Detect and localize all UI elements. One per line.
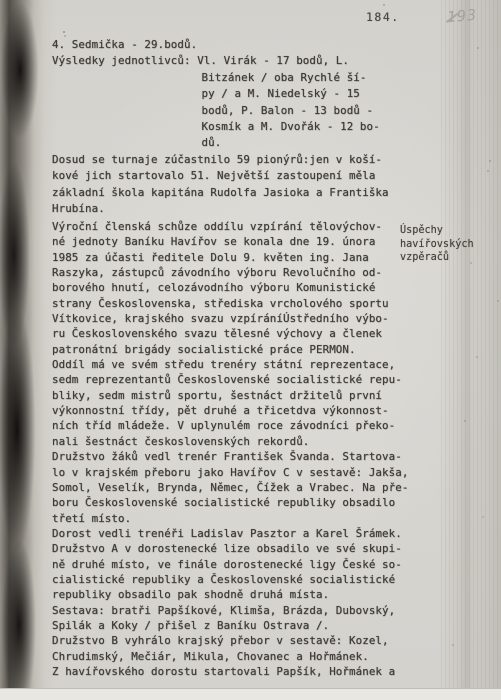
handwritten-page-number: 193 (446, 6, 478, 27)
text-line: 4. Sedmička - 29.bodů. (52, 37, 389, 53)
typed-page-number: 184. (366, 10, 400, 24)
text-line: ru Československého svazu tělesné výchov… (52, 326, 408, 341)
text-line: ně druhé místo, ve finále dorostenecké l… (52, 557, 408, 572)
text-line: bliky, sedm mistrů sportu, šestnáct drži… (52, 388, 408, 403)
text-line: republiky obsadilo pak shodně druhá míst… (52, 587, 408, 602)
text-line: patronátní brigády socialistické práce P… (52, 342, 408, 357)
text-line: nali šestnáct československých rekordů. (52, 434, 408, 449)
text-line: Z havířovského dorostu startovali Papšík… (52, 664, 408, 679)
page-edge-texture (441, 0, 501, 694)
text-line: Družstvo A v dorostenecké lize obsadilo … (52, 541, 408, 556)
text-line: py / a M. Niedelský - 15 (52, 86, 389, 102)
scanned-page: 184. 193 4. Sedmička - 29.bodů. Výsledky… (0, 0, 501, 700)
text-line: cialistické republiky a Československé s… (52, 572, 408, 587)
text-line: lo v krajském přeboru jako Havířov C v s… (52, 465, 408, 480)
text-line: Spilák a Koky / přišel z Baníku Ostrava … (52, 618, 408, 633)
text-line: 1985 za účasti ředitele Dolu 9. květen i… (52, 250, 408, 265)
text-line: Hrubína. (52, 201, 389, 217)
meeting-paragraph: Výroční členská schůze oddílu vzpírání t… (52, 219, 408, 679)
text-line: dů. (52, 135, 389, 151)
text-line: Chrudimský, Mečiár, Mikula, Chovanec a H… (52, 649, 408, 664)
text-line: Vítkovice, krajského svazu vzpíráníÚstře… (52, 311, 408, 326)
text-line: Dosud se turnaje zúčastnilo 59 pionýrů:j… (52, 152, 389, 168)
margin-note: Úspěchy havířovských vzpěračů (400, 224, 474, 265)
text-line: boru Československé socialistické republ… (52, 495, 408, 510)
text-line: Výsledky jednotlivců: Vl. Virák - 17 bod… (52, 53, 389, 69)
text-line: kové jich startovalo 51. Největší zastou… (52, 168, 389, 184)
margin-note-line: havířovských (400, 238, 474, 252)
text-line: Kosmík a M. Dvořák - 12 bo- (52, 119, 389, 135)
text-line: výkonnostní třídy, pět druhé a třicetdva… (52, 403, 408, 418)
text-line: Výroční členská schůze oddílu vzpírání t… (52, 219, 408, 234)
text-line: strany Československa, střediska vrcholo… (52, 296, 408, 311)
text-line: Družstvo B vyhrálo krajský přebor v sest… (52, 633, 408, 648)
text-line: Oddíl má ve svém středu trenéry státní r… (52, 357, 408, 372)
text-line: Družstvo žáků vedl trenér František Švan… (52, 449, 408, 464)
text-line: ních tříd mládeže. V uplynulém roce závo… (52, 418, 408, 433)
text-line: Bitzánek / oba Rychlé ší- (52, 70, 389, 86)
text-line: né jednoty Baníku Havířov se konala dne … (52, 234, 408, 249)
text-line: sedm reprezentantů Československé social… (52, 372, 408, 387)
text-line: Raszyka, zástupců závodního výboru Revol… (52, 265, 408, 280)
results-paragraph: 4. Sedmička - 29.bodů. Výsledky jednotli… (52, 37, 389, 217)
text-line: borového hnutí, celozávodního výboru Kom… (52, 280, 408, 295)
scan-noise (0, 0, 2, 2)
text-line: Sestava: bratři Papšíkové, Klimša, Brázd… (52, 603, 408, 618)
margin-note-line: vzpěračů (400, 251, 474, 265)
margin-note-line: Úspěchy (400, 224, 474, 238)
page-bottom-edge (0, 688, 501, 700)
text-line: Somol, Veselík, Brynda, Němec, Čížek a V… (52, 480, 408, 495)
text-line: třetí místo. (52, 511, 408, 526)
text-line: bodů, P. Balon - 13 bodů - (52, 103, 389, 119)
text-line: základní škola kapitána Rudolfa Jasioka … (52, 185, 389, 201)
book-gutter-shadow (0, 0, 58, 694)
text-line: Dorost vedli trenéři Ladislav Pasztor a … (52, 526, 408, 541)
